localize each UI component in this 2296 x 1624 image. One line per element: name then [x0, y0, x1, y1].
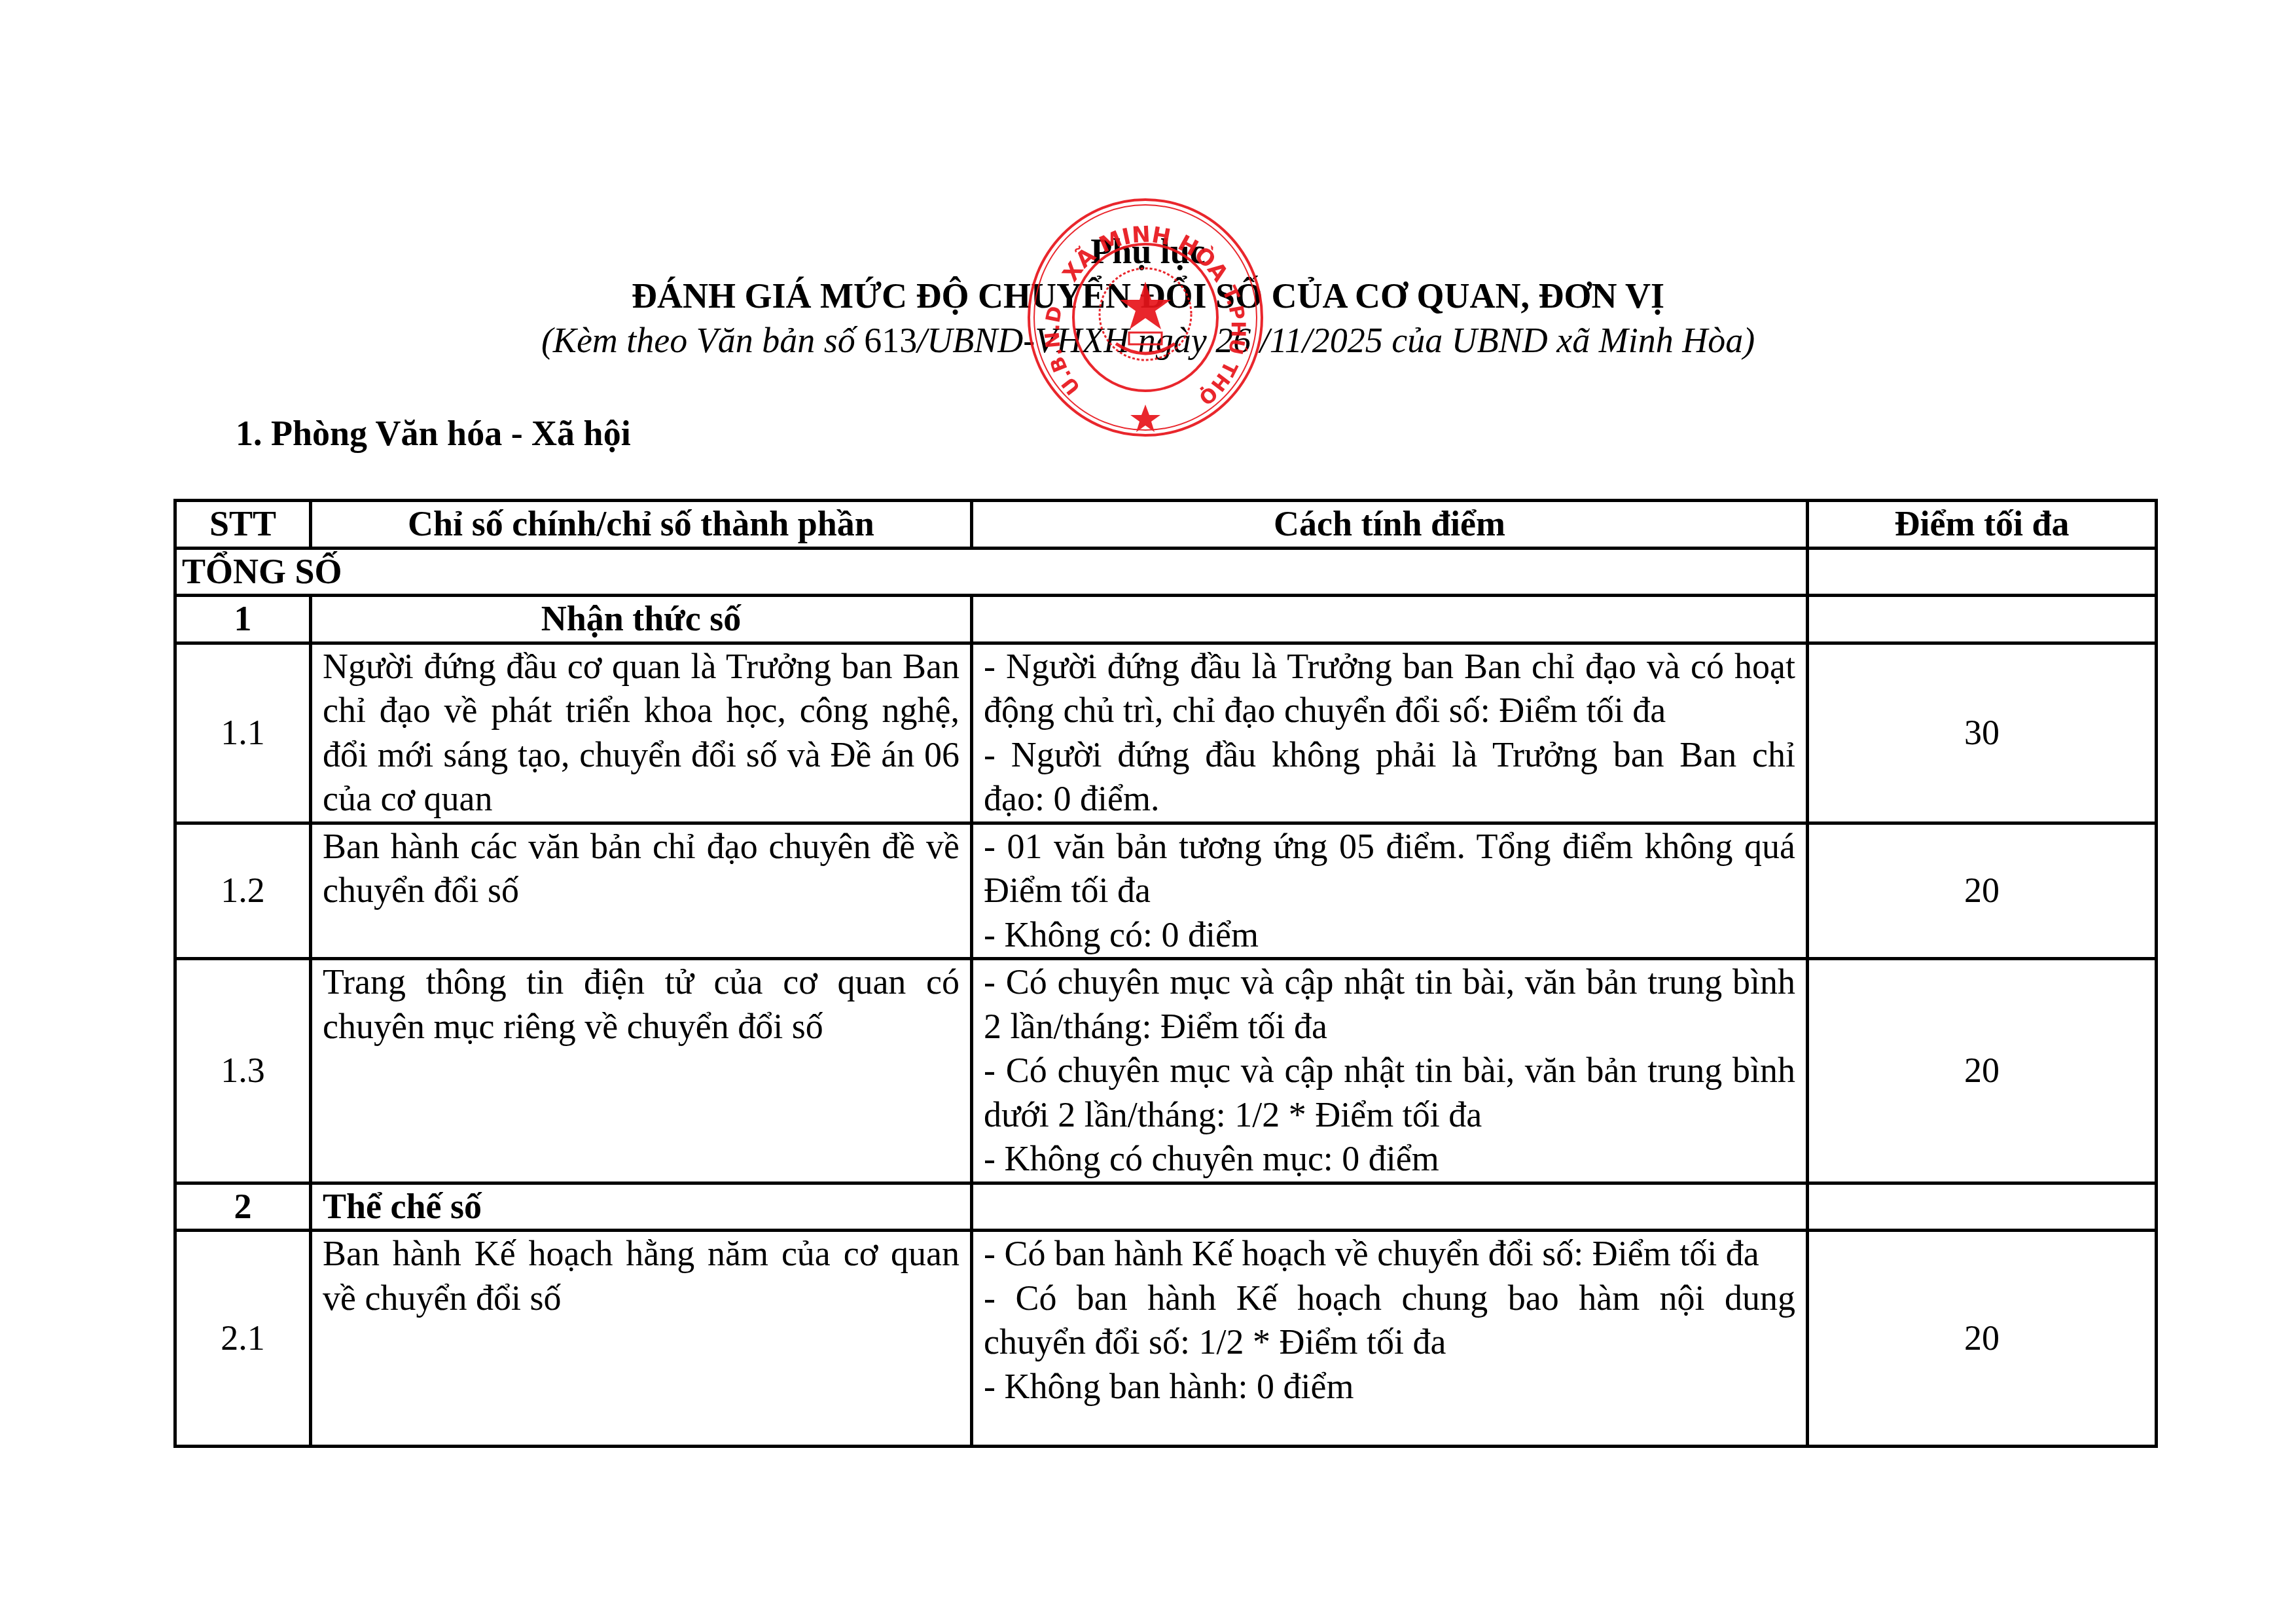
- item-index: Trang thông tin điện tử của cơ quan có c…: [311, 959, 972, 1183]
- method-line: - Có ban hành Kế hoạch về chuyển đổi số:…: [984, 1232, 1795, 1276]
- method-line: - Có chuyên mục và cập nhật tin bài, văn…: [984, 1049, 1795, 1137]
- column-header-max-score: Điểm tối đa: [1808, 501, 2157, 549]
- group-max-score: [1808, 596, 2157, 643]
- group-stt: 2: [175, 1183, 311, 1231]
- appendix-label: Phụ lục: [0, 229, 2296, 274]
- method-line: - Có ban hành Kế hoạch chung bao hàm nội…: [984, 1276, 1795, 1365]
- method-line: - Không có chuyên mục: 0 điểm: [984, 1137, 1795, 1182]
- item-method: - Người đứng đầu là Trưởng ban Ban chỉ đ…: [972, 643, 1808, 823]
- group-method: [972, 1183, 1808, 1231]
- item-index: Ban hành các văn bản chỉ đạo chuyên đề v…: [311, 823, 972, 959]
- table-row-group: 1 Nhận thức số: [175, 596, 2157, 643]
- document-number: 613: [864, 321, 917, 360]
- table-row: 1.2 Ban hành các văn bản chỉ đạo chuyên …: [175, 823, 2157, 959]
- document-title: ĐÁNH GIÁ MỨC ĐỘ CHUYỂN ĐỔI SỐ CỦA CƠ QUA…: [0, 274, 2296, 318]
- section-heading: 1. Phòng Văn hóa - Xã hội: [236, 411, 631, 456]
- table-row: 1.1 Người đứng đầu cơ quan là Trưởng ban…: [175, 643, 2157, 823]
- group-name: Nhận thức số: [311, 596, 972, 643]
- item-index: Ban hành Kế hoạch hằng năm của cơ quan v…: [311, 1231, 972, 1447]
- item-stt: 1.1: [175, 643, 311, 823]
- column-header-stt: STT: [175, 501, 311, 549]
- subtitle-suffix: /UBND-VHXH ngày 26 /11/2025 của UBND xã …: [917, 321, 1755, 360]
- column-header-method: Cách tính điểm: [972, 501, 1808, 549]
- group-name: Thể chế số: [311, 1183, 972, 1231]
- total-max-score: [1808, 548, 2157, 596]
- method-line: - Người đứng đầu không phải là Trưởng ba…: [984, 733, 1795, 821]
- method-line: - 01 văn bản tương ứng 05 điểm. Tổng điể…: [984, 825, 1795, 913]
- item-max-score: 30: [1808, 643, 2157, 823]
- subtitle-prefix: (Kèm theo Văn bản số: [541, 321, 864, 360]
- item-stt: 1.2: [175, 823, 311, 959]
- group-stt: 1: [175, 596, 311, 643]
- group-method: [972, 596, 1808, 643]
- item-method: - 01 văn bản tương ứng 05 điểm. Tổng điể…: [972, 823, 1808, 959]
- item-max-score: 20: [1808, 1231, 2157, 1447]
- item-stt: 1.3: [175, 959, 311, 1183]
- table-row-group: 2 Thể chế số: [175, 1183, 2157, 1231]
- method-line: - Có chuyên mục và cập nhật tin bài, văn…: [984, 960, 1795, 1049]
- criteria-table: STT Chỉ số chính/chỉ số thành phần Cách …: [173, 499, 2158, 1448]
- document-subtitle: (Kèm theo Văn bản số 613/UBND-VHXH ngày …: [0, 318, 2296, 363]
- table-row: 1.3 Trang thông tin điện tử của cơ quan …: [175, 959, 2157, 1183]
- group-max-score: [1808, 1183, 2157, 1231]
- item-max-score: 20: [1808, 959, 2157, 1183]
- column-header-index: Chỉ số chính/chỉ số thành phần: [311, 501, 972, 549]
- seal-star-icon: [1130, 405, 1160, 432]
- item-stt: 2.1: [175, 1231, 311, 1447]
- method-line: - Người đứng đầu là Trưởng ban Ban chỉ đ…: [984, 645, 1795, 733]
- item-method: - Có ban hành Kế hoạch về chuyển đổi số:…: [972, 1231, 1808, 1447]
- item-method: - Có chuyên mục và cập nhật tin bài, văn…: [972, 959, 1808, 1183]
- item-index: Người đứng đầu cơ quan là Trưởng ban Ban…: [311, 643, 972, 823]
- table-row: 2.1 Ban hành Kế hoạch hằng năm của cơ qu…: [175, 1231, 2157, 1447]
- table-header-row: STT Chỉ số chính/chỉ số thành phần Cách …: [175, 501, 2157, 549]
- method-line: - Không có: 0 điểm: [984, 913, 1795, 958]
- total-label: TỔNG SỐ: [175, 548, 1808, 596]
- table-row-total: TỔNG SỐ: [175, 548, 2157, 596]
- item-max-score: 20: [1808, 823, 2157, 959]
- method-line: - Không ban hành: 0 điểm: [984, 1365, 1795, 1409]
